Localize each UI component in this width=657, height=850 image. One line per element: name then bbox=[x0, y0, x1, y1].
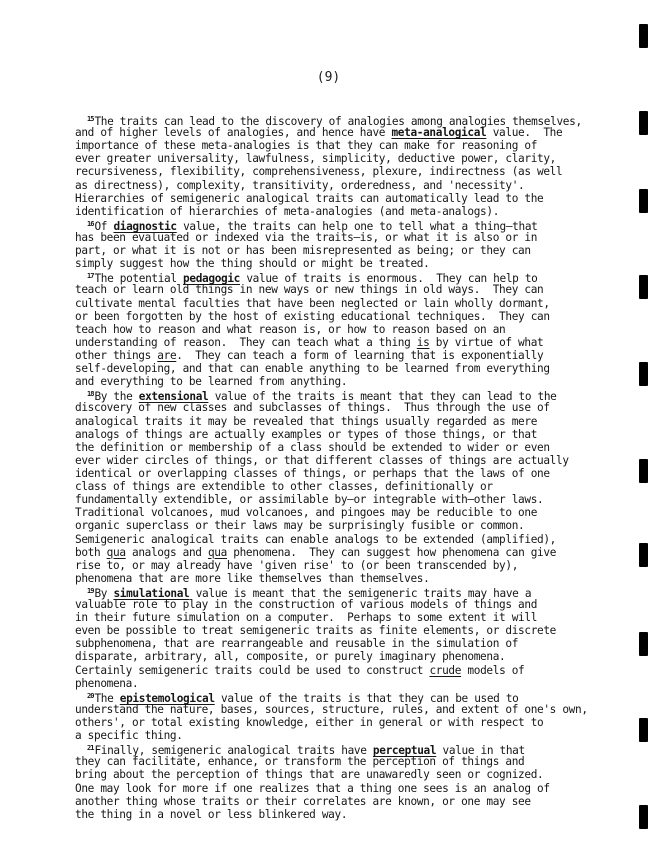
text-run: subphenomena, that are rearrangeable and… bbox=[75, 637, 518, 650]
text-line: both qua analogs and qua phenomena. They… bbox=[75, 546, 635, 559]
text-run: self-developing, and that can enable any… bbox=[75, 362, 550, 375]
text-run: a specific thing. bbox=[75, 729, 183, 742]
text-run: rise to, or may already have 'given rise… bbox=[75, 559, 518, 572]
text-line: even be possible to treat semigeneric tr… bbox=[75, 624, 635, 637]
text-line: ever wider circles of things, or that di… bbox=[75, 454, 635, 467]
text-run: identification of hierarchies of meta-an… bbox=[75, 205, 499, 218]
text-run: phenomena that are more like themselves … bbox=[75, 572, 429, 585]
text-line: another thing whose traits or their corr… bbox=[75, 795, 635, 808]
text-run: the thing in a novel or less blinkered w… bbox=[75, 808, 347, 821]
emphasized-term: qua bbox=[107, 546, 126, 559]
text-run: understanding of reason. They can teach … bbox=[75, 336, 417, 349]
text-line: simply suggest how the thing should or m… bbox=[75, 257, 635, 270]
text-line: organic superclass or their laws may be … bbox=[75, 519, 635, 532]
registration-mark bbox=[639, 362, 648, 386]
text-line: ever greater universality, lawfulness, s… bbox=[75, 152, 635, 165]
paragraph-number: 20 bbox=[87, 692, 93, 700]
registration-mark bbox=[639, 543, 648, 567]
text-run: in their future simulation on a computer… bbox=[75, 611, 537, 624]
text-run: teach or learn old things in new ways or… bbox=[75, 283, 543, 296]
text-run: recursiveness, flexibility, comprehensiv… bbox=[75, 165, 562, 178]
paragraph-19: 19By simulational value is meant that th… bbox=[75, 585, 635, 690]
text-line: phenomena that are more like themselves … bbox=[75, 572, 635, 585]
emphasized-term: meta-analogical bbox=[391, 126, 486, 139]
text-run: analogical traits it may be revealed tha… bbox=[75, 415, 537, 428]
text-line: subphenomena, that are rearrangeable and… bbox=[75, 637, 635, 650]
text-line: Certainly semigeneric traits could be us… bbox=[75, 664, 635, 677]
text-run: Hierarchies of semigeneric analogical tr… bbox=[75, 192, 543, 205]
text-line: disparate, arbitrary, all, composite, or… bbox=[75, 650, 635, 663]
text-run: class of things are extendible to other … bbox=[75, 480, 493, 493]
text-line: fundamentally extendible, or assimilable… bbox=[75, 493, 635, 506]
text-line: in their future simulation on a computer… bbox=[75, 611, 635, 624]
emphasized-term: are bbox=[157, 349, 176, 362]
text-run: even be possible to treat semigeneric tr… bbox=[75, 624, 556, 637]
text-run: disparate, arbitrary, all, composite, or… bbox=[75, 650, 505, 663]
paragraph-16: 16Of diagnostic value, the traits can he… bbox=[75, 218, 635, 270]
text-run: ever greater universality, lawfulness, s… bbox=[75, 152, 556, 165]
text-run: has been evaluated or indexed via the tr… bbox=[75, 231, 537, 244]
text-line: part, or what it is not or has been misr… bbox=[75, 244, 635, 257]
text-line: self-developing, and that can enable any… bbox=[75, 362, 635, 375]
paragraph-number: 16 bbox=[87, 220, 93, 228]
text-line: understand the nature, bases, sources, s… bbox=[75, 703, 635, 716]
registration-mark bbox=[639, 632, 648, 656]
text-run: analogs of things are actually examples … bbox=[75, 428, 537, 441]
text-run: importance of these meta-analogies is th… bbox=[75, 139, 537, 152]
text-line: phenomena. bbox=[75, 677, 635, 690]
text-line: 21Finally, semigeneric analogical traits… bbox=[75, 742, 635, 755]
text-line: 18By the extensional value of the traits… bbox=[75, 388, 635, 401]
text-line: and of higher levels of analogies, and h… bbox=[75, 126, 635, 139]
registration-mark bbox=[639, 459, 648, 483]
paragraph-17: 17The potential pedagogic value of trait… bbox=[75, 270, 635, 388]
text-line: identification of hierarchies of meta-an… bbox=[75, 205, 635, 218]
emphasized-term: crude bbox=[429, 664, 461, 677]
text-run: part, or what it is not or has been misr… bbox=[75, 244, 531, 257]
text-line: analogs of things are actually examples … bbox=[75, 428, 635, 441]
paragraph-20: 20The epistemological value of the trait… bbox=[75, 690, 635, 742]
paragraph-number: 19 bbox=[87, 587, 93, 595]
emphasized-term: qua bbox=[208, 546, 227, 559]
text-line: Traditional volcanoes, mud volcanoes, an… bbox=[75, 506, 635, 519]
paragraph-number: 21 bbox=[87, 744, 93, 752]
text-line: has been evaluated or indexed via the tr… bbox=[75, 231, 635, 244]
text-line: Semigeneric analogical traits can enable… bbox=[75, 533, 635, 546]
text-run: Semigeneric analogical traits can enable… bbox=[75, 533, 556, 546]
text-run: Traditional volcanoes, mud volcanoes, an… bbox=[75, 506, 537, 519]
text-line: as directness), complexity, transitivity… bbox=[75, 179, 635, 192]
document-page: (9) 15The traits can lead to the discove… bbox=[0, 0, 657, 850]
text-line: 20The epistemological value of the trait… bbox=[75, 690, 635, 703]
text-line: teach how to reason and what reason is, … bbox=[75, 323, 635, 336]
text-run: and everything to be learned from anythi… bbox=[75, 375, 347, 388]
text-line: class of things are extendible to other … bbox=[75, 480, 635, 493]
registration-mark bbox=[639, 805, 648, 829]
body-text: 15The traits can lead to the discovery o… bbox=[75, 113, 635, 821]
registration-mark bbox=[639, 111, 648, 135]
text-run: analogs and bbox=[126, 546, 208, 559]
text-run: phenomena. bbox=[75, 677, 138, 690]
text-run: ever wider circles of things, or that di… bbox=[75, 454, 569, 467]
paragraph-number: 18 bbox=[87, 390, 93, 398]
text-line: recursiveness, flexibility, comprehensiv… bbox=[75, 165, 635, 178]
text-line: the definition or membership of a class … bbox=[75, 441, 635, 454]
text-run: Certainly semigeneric traits could be us… bbox=[75, 664, 429, 677]
text-line: 19By simulational value is meant that th… bbox=[75, 585, 635, 598]
text-run: One may look for more if one realizes th… bbox=[75, 782, 550, 795]
registration-mark bbox=[639, 275, 648, 299]
paragraph-21: 21Finally, semigeneric analogical traits… bbox=[75, 742, 635, 821]
text-line: importance of these meta-analogies is th… bbox=[75, 139, 635, 152]
paragraph-number: 15 bbox=[87, 115, 93, 123]
paragraph-number: 17 bbox=[87, 272, 93, 280]
text-line: others', or total existing knowledge, ei… bbox=[75, 716, 635, 729]
text-run: organic superclass or their laws may be … bbox=[75, 519, 524, 532]
emphasized-term: is bbox=[417, 336, 430, 349]
paragraph-15: 15The traits can lead to the discovery o… bbox=[75, 113, 635, 218]
text-line: cultivate mental faculties that have bee… bbox=[75, 297, 635, 310]
text-line: rise to, or may already have 'given rise… bbox=[75, 559, 635, 572]
text-line: Hierarchies of semigeneric analogical tr… bbox=[75, 192, 635, 205]
registration-mark bbox=[639, 189, 648, 213]
text-line: identical or overlapping classes of thin… bbox=[75, 467, 635, 480]
text-run: or been forgotten by the host of existin… bbox=[75, 310, 550, 323]
text-run: identical or overlapping classes of thin… bbox=[75, 467, 550, 480]
text-run: and of higher levels of analogies, and h… bbox=[75, 126, 391, 139]
registration-mark bbox=[639, 24, 648, 48]
text-run: as directness), complexity, transitivity… bbox=[75, 179, 524, 192]
text-run: models of bbox=[461, 664, 524, 677]
text-line: One may look for more if one realizes th… bbox=[75, 782, 635, 795]
text-run: cultivate mental faculties that have bee… bbox=[75, 297, 550, 310]
text-run: value. The bbox=[486, 126, 562, 139]
text-run: phenomena. They can suggest how phenomen… bbox=[227, 546, 556, 559]
text-line: a specific thing. bbox=[75, 729, 635, 742]
paragraph-18: 18By the extensional value of the traits… bbox=[75, 388, 635, 585]
page-number: (9) bbox=[0, 70, 657, 85]
registration-mark bbox=[639, 718, 648, 742]
text-line: teach or learn old things in new ways or… bbox=[75, 283, 635, 296]
text-run: valuable role to play in the constructio… bbox=[75, 598, 537, 611]
text-run: . They can teach a form of learning that… bbox=[176, 349, 543, 362]
text-line: or been forgotten by the host of existin… bbox=[75, 310, 635, 323]
text-line: they can facilitate, enhance, or transfo… bbox=[75, 755, 635, 768]
text-line: valuable role to play in the constructio… bbox=[75, 598, 635, 611]
text-run: fundamentally extendible, or assimilable… bbox=[75, 493, 543, 506]
text-run: bring about the perception of things tha… bbox=[75, 768, 543, 781]
text-line: 15The traits can lead to the discovery o… bbox=[75, 113, 635, 126]
text-run: others', or total existing knowledge, ei… bbox=[75, 716, 543, 729]
text-run: by virtue of what bbox=[429, 336, 543, 349]
text-line: other things are. They can teach a form … bbox=[75, 349, 635, 362]
text-line: analogical traits it may be revealed tha… bbox=[75, 415, 635, 428]
text-line: and everything to be learned from anythi… bbox=[75, 375, 635, 388]
text-run: another thing whose traits or their corr… bbox=[75, 795, 531, 808]
text-run: understand the nature, bases, sources, s… bbox=[75, 703, 588, 716]
text-run: discovery of new classes and subclasses … bbox=[75, 401, 550, 414]
text-line: the thing in a novel or less blinkered w… bbox=[75, 808, 635, 821]
text-run: teach how to reason and what reason is, … bbox=[75, 323, 505, 336]
text-run: both bbox=[75, 546, 107, 559]
text-line: understanding of reason. They can teach … bbox=[75, 336, 635, 349]
text-run: the definition or membership of a class … bbox=[75, 441, 550, 454]
text-line: 17The potential pedagogic value of trait… bbox=[75, 270, 635, 283]
text-line: bring about the perception of things tha… bbox=[75, 768, 635, 781]
text-run: simply suggest how the thing should or m… bbox=[75, 257, 429, 270]
text-line: 16Of diagnostic value, the traits can he… bbox=[75, 218, 635, 231]
text-line: discovery of new classes and subclasses … bbox=[75, 401, 635, 414]
text-run: they can facilitate, enhance, or transfo… bbox=[75, 755, 524, 768]
text-run: other things bbox=[75, 349, 157, 362]
